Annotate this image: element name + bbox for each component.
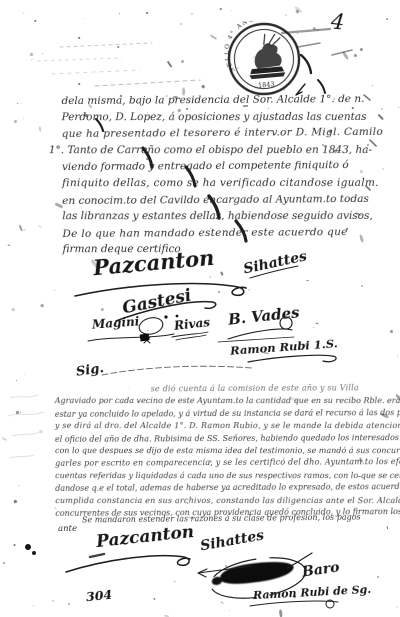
noise-speck xyxy=(173,580,176,583)
noise-speck xyxy=(22,12,25,15)
noise-speck xyxy=(180,60,183,63)
document-page: 4 SELLO 4° AÑO 1843 dela misma, bajo la … xyxy=(0,0,400,617)
noise-speck xyxy=(306,279,309,280)
noise-speck xyxy=(201,85,205,89)
handwritten-line: en conocim.to del Cavildo encargado al A… xyxy=(62,190,368,209)
noise-speck xyxy=(220,272,223,277)
noise-speck xyxy=(295,9,299,13)
noise-speck xyxy=(380,108,383,111)
noise-speck xyxy=(280,609,284,617)
noise-speck xyxy=(40,304,43,307)
noise-speck xyxy=(378,114,385,121)
handwritten-line: estar ya concluido lo apelado, y á virtu… xyxy=(55,407,395,421)
handwritten-line: que ha presentado el tesorero é interv.o… xyxy=(62,124,368,143)
signature-gastesi: Gastesi xyxy=(121,286,193,319)
noise-speck xyxy=(359,47,363,51)
noise-speck xyxy=(180,23,183,26)
noise-speck xyxy=(229,610,231,612)
handwritten-line: finiquito dellas, como se ha verificado … xyxy=(62,175,368,192)
noise-speck xyxy=(23,118,25,120)
noise-speck xyxy=(13,500,17,504)
signature-magini: Magini xyxy=(92,314,140,331)
handwritten-line: 1°. Tanto de Carreño como el obispo del … xyxy=(49,142,368,159)
handwritten-line: cuentas referidas y liquidadas á cada un… xyxy=(55,470,395,482)
noise-speck xyxy=(387,526,388,529)
noise-speck xyxy=(78,36,81,39)
signature-ramon-rubi-2: Ramon Rubi de Sg. xyxy=(253,583,372,602)
page-number: 4 xyxy=(330,9,346,34)
noise-speck xyxy=(398,106,399,107)
noise-speck xyxy=(146,330,148,332)
handwritten-line: Perdomo, D. Lopez, á oposiciones y ajust… xyxy=(62,108,368,125)
noise-speck xyxy=(52,600,55,603)
folio-number: 304 xyxy=(85,587,113,605)
seal-seated-figure xyxy=(253,42,282,69)
noise-speck xyxy=(248,289,250,291)
signature-b-vades: B. Vades xyxy=(227,303,300,328)
handwritten-line: el oficio del año de dha. Rubisima de SS… xyxy=(55,432,395,446)
noise-speck xyxy=(8,244,10,246)
noise-speck xyxy=(40,430,43,433)
handwritten-line: con lo que despues se dijo de esta misma… xyxy=(55,445,395,457)
section-mark: Sig. xyxy=(75,361,105,380)
noise-speck xyxy=(166,61,172,68)
noise-speck xyxy=(11,307,15,311)
signature-sihattes-2: Sihattes xyxy=(199,528,265,555)
noise-speck xyxy=(313,327,315,329)
noise-speck xyxy=(17,485,18,486)
noise-speck xyxy=(31,59,32,60)
noise-speck xyxy=(153,598,156,601)
noise-speck xyxy=(100,308,104,312)
handwritten-line: garles por escrito en comparecencia, y s… xyxy=(55,457,395,471)
noise-speck xyxy=(14,543,16,545)
noise-speck xyxy=(231,10,232,11)
noise-speck xyxy=(146,12,149,15)
noise-speck xyxy=(342,51,350,60)
noise-speck xyxy=(57,61,58,62)
noise-speck xyxy=(312,26,316,30)
noise-speck xyxy=(225,565,228,568)
seal-band-text: 1843 xyxy=(258,80,275,89)
noise-speck xyxy=(381,167,384,170)
noise-speck xyxy=(16,380,17,381)
noise-speck xyxy=(389,330,392,333)
signature-baro: Baro xyxy=(301,559,340,580)
noise-speck xyxy=(18,225,23,233)
noise-speck xyxy=(175,83,177,85)
noise-speck xyxy=(218,290,221,293)
main-paragraph: dela misma, bajo la presidencia del Sor.… xyxy=(61,91,368,259)
noise-speck xyxy=(315,322,319,324)
noise-speck xyxy=(119,13,121,15)
noise-speck xyxy=(29,52,33,56)
handwritten-line: Agraviado por cada vecino de este Ayunta… xyxy=(55,395,395,407)
noise-speck xyxy=(17,103,18,104)
noise-speck xyxy=(317,28,319,30)
signature-pascanton-2: Pazcanton xyxy=(95,522,195,552)
noise-speck xyxy=(38,226,42,228)
handwritten-line: las libranzas y estantes dellas, habiend… xyxy=(62,208,368,225)
signature-ramon-rubi-1: Ramon Rubi 1.S. xyxy=(230,336,338,357)
noise-speck xyxy=(13,119,17,123)
noise-speck xyxy=(9,245,11,247)
ante-word: ante xyxy=(58,524,77,534)
noise-speck xyxy=(361,285,364,288)
handwritten-line: se dió cuenta á la comision de este año … xyxy=(151,382,395,396)
noise-speck xyxy=(83,18,84,19)
noise-speck xyxy=(16,411,19,414)
second-paragraph: se dió cuenta á la comision de este año … xyxy=(55,382,396,520)
noise-speck xyxy=(24,374,25,375)
ink-blot xyxy=(219,559,295,587)
noise-speck xyxy=(117,46,119,48)
noise-speck xyxy=(209,276,212,279)
noise-speck xyxy=(220,601,224,604)
noise-speck xyxy=(377,576,379,578)
noise-speck xyxy=(54,290,56,292)
handwritten-line: cumplida constancia en sus archivos, con… xyxy=(55,495,395,507)
noise-speck xyxy=(284,13,287,16)
handwritten-line: y se dirá al dro. del Alcalde 1°. D. Ram… xyxy=(55,420,395,432)
noise-speck xyxy=(372,84,374,86)
noise-speck xyxy=(22,228,25,231)
notarial-seal: SELLO 4° AÑO 1843 xyxy=(222,17,307,102)
handwritten-line: dela misma, bajo la presidencia del Sor.… xyxy=(61,91,367,110)
noise-speck xyxy=(20,412,21,413)
noise-speck xyxy=(220,7,222,9)
noise-speck xyxy=(210,34,217,39)
noise-speck xyxy=(396,354,399,358)
noise-speck xyxy=(33,605,34,606)
noise-speck xyxy=(353,54,357,58)
closing-line: Se mandaron estender las razones á su cl… xyxy=(82,513,361,525)
noise-speck xyxy=(34,20,37,23)
handwritten-line: De lo que han mandado estender este acue… xyxy=(62,224,368,243)
handwritten-line: dandose q.e el total, ademas de haberse … xyxy=(55,481,395,495)
noise-speck xyxy=(77,83,80,86)
noise-speck xyxy=(385,18,388,21)
handwritten-line: viendo formado y entregado el competente… xyxy=(62,157,368,176)
noise-speck xyxy=(190,13,193,16)
signature-rivas: Rivas xyxy=(173,315,210,333)
noise-speck xyxy=(294,5,302,12)
noise-speck xyxy=(3,561,6,564)
noise-speck xyxy=(396,606,398,608)
noise-speck xyxy=(67,602,70,605)
noise-speck xyxy=(42,52,44,54)
noise-speck xyxy=(2,437,7,440)
noise-speck xyxy=(39,126,41,131)
